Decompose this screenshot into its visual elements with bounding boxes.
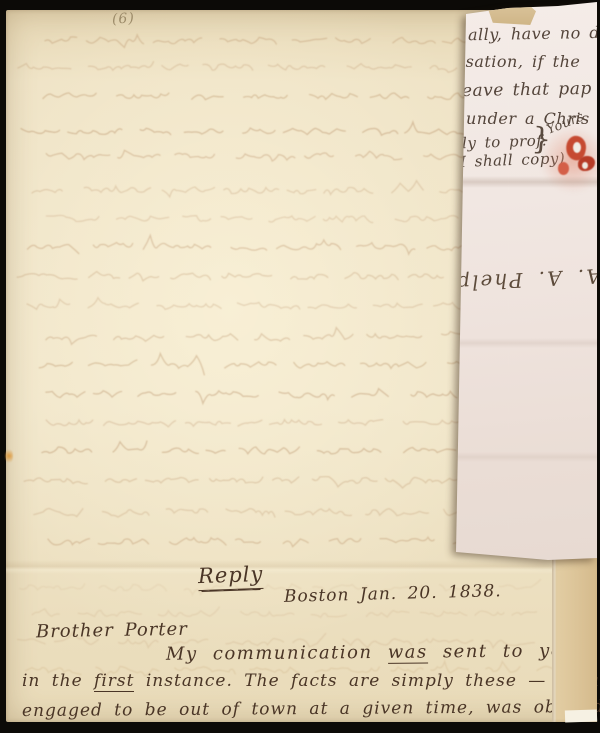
body-line-1-underlined: was — [388, 642, 428, 664]
salutation: Brother Porter — [36, 619, 188, 643]
page-number: (6) — [112, 10, 136, 27]
wax-seal-fragment — [558, 162, 569, 175]
stain-spot — [5, 448, 13, 464]
wax-seal-paper-fleck — [582, 162, 588, 169]
torn-edge — [488, 2, 536, 25]
scan-background: (6) Reply Boston Jan. 20. 1838. Brother … — [0, 0, 600, 733]
body-line-1: My communication was sent to you — [166, 640, 576, 665]
overlay-crease — [448, 176, 597, 188]
fold-crease — [6, 560, 597, 574]
reply-heading: Reply — [198, 562, 264, 588]
reply-heading-text: Reply — [198, 562, 264, 591]
body-line-2: in the first instance. The facts are sim… — [22, 671, 600, 691]
wax-seal-paper-fleck — [573, 142, 581, 153]
body-line-3: engaged to be out of town at a given tim… — [22, 697, 600, 721]
overlapping-note-wrap: ally, have no de isation, if the leave t… — [448, 0, 597, 562]
inverted-address-signature: A. A. Phelps — [439, 264, 600, 297]
overlay-line-1: ally, have no de — [468, 23, 600, 44]
body-line-2-pre: in the — [22, 671, 94, 691]
body-line-2-underlined: first — [94, 671, 134, 692]
under-page-edge — [552, 552, 597, 722]
paper-sliver — [565, 709, 597, 722]
body-line-2-post: instance. The facts are simply these — I… — [134, 671, 600, 691]
overlay-crease — [448, 338, 597, 348]
overlay-line-3: leave that pap — [456, 79, 592, 101]
overlay-line-2: isation, if the — [460, 52, 580, 71]
overlay-crease — [448, 452, 597, 462]
overlapping-note: ally, have no de isation, if the leave t… — [448, 0, 597, 562]
body-line-1-pre: My communication — [166, 642, 388, 665]
